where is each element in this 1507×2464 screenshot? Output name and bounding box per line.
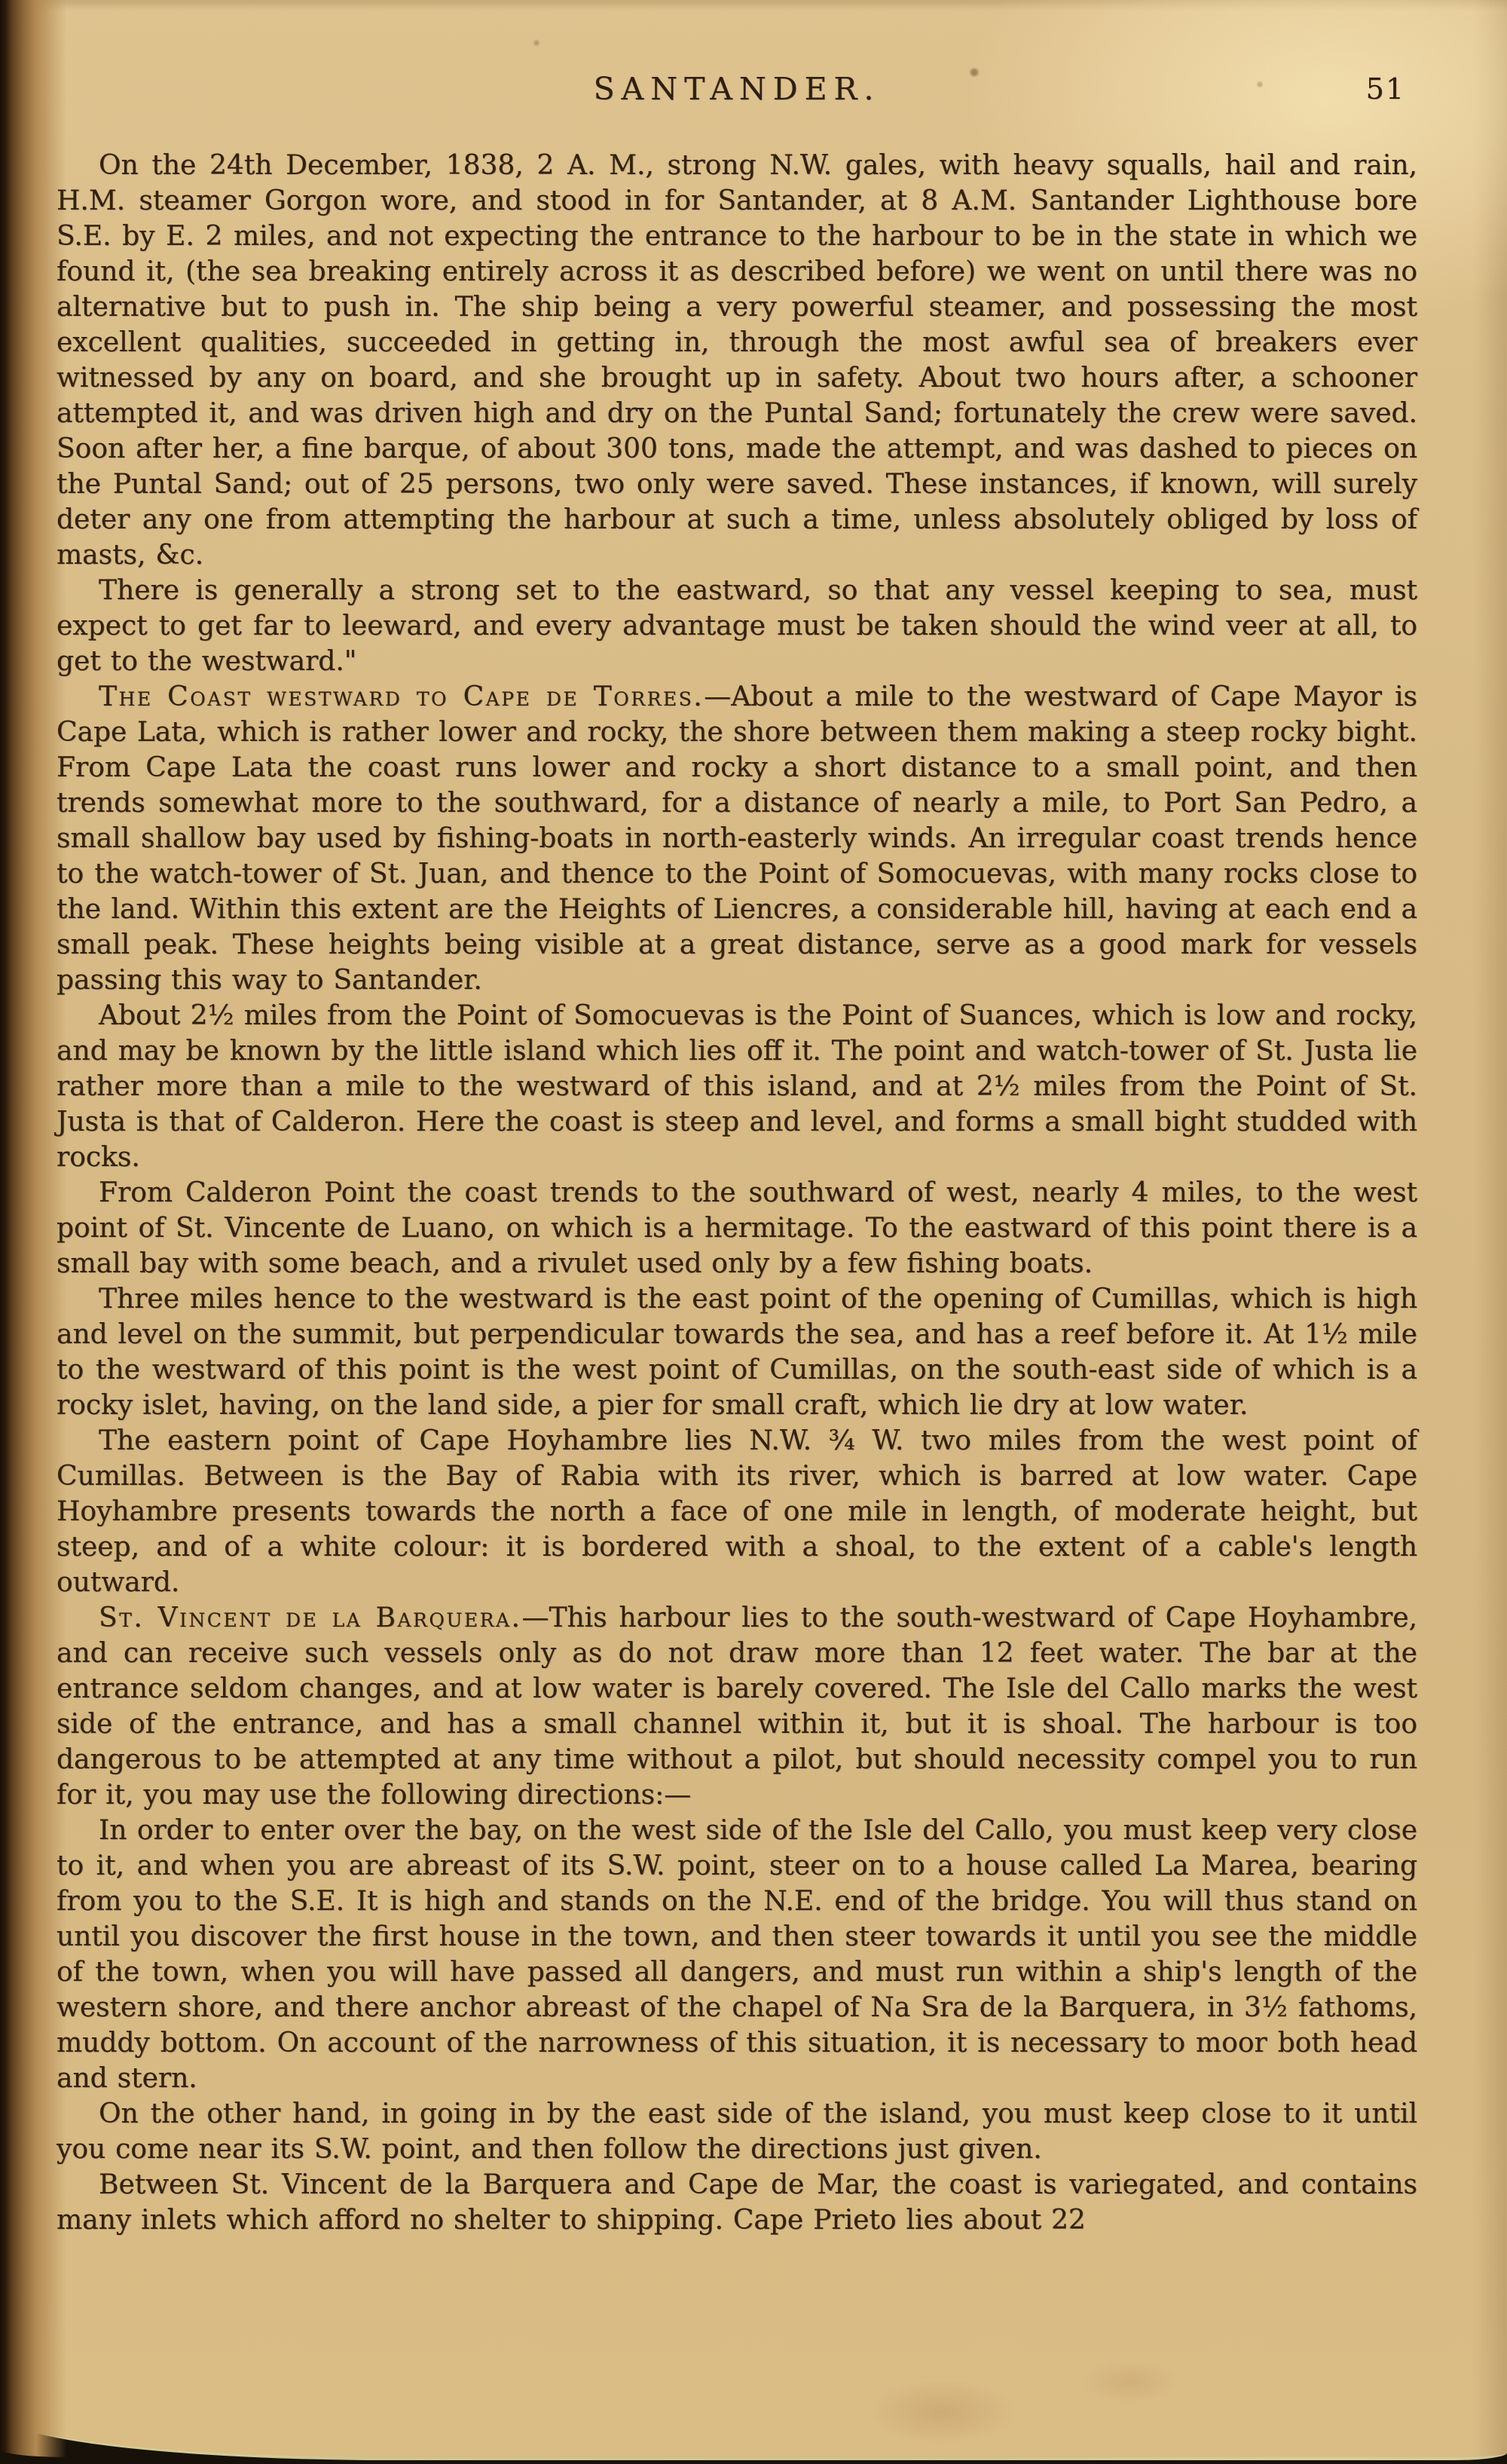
- paragraph-lead-smallcaps: The Coast westward to Cape de Torres.: [99, 681, 704, 712]
- paragraph-text: —This harbour lies to the south-westward…: [57, 1602, 1417, 1811]
- book-page: SANTANDER. 51 On the 24th December, 1838…: [0, 0, 1507, 2460]
- running-title: SANTANDER.: [594, 71, 881, 107]
- paragraph: The eastern point of Cape Hoyhambre lies…: [57, 1423, 1417, 1600]
- paragraph: On the other hand, in going in by the ea…: [57, 2096, 1417, 2167]
- paragraph-text: On the 24th December, 1838, 2 A. M., str…: [57, 150, 1417, 571]
- paragraph-text: From Calderon Point the coast trends to …: [57, 1177, 1417, 1279]
- paragraph: Three miles hence to the westward is the…: [57, 1281, 1417, 1423]
- paragraph-text: —About a mile to the westward of Cape Ma…: [57, 681, 1417, 996]
- paragraph: About 2½ miles from the Point of Somocue…: [57, 998, 1417, 1175]
- page-number: 51: [1366, 72, 1405, 106]
- page-header: SANTANDER. 51: [57, 71, 1417, 107]
- scan-background: { "page": { "header": { "title": "SANTAN…: [0, 0, 1507, 2464]
- text-block: On the 24th December, 1838, 2 A. M., str…: [57, 148, 1417, 2238]
- paragraph: Between St. Vincent de la Barquera and C…: [57, 2167, 1417, 2238]
- paragraph: On the 24th December, 1838, 2 A. M., str…: [57, 148, 1417, 573]
- paragraph: The Coast westward to Cape de Torres.—Ab…: [57, 679, 1417, 998]
- paragraph-lead-smallcaps: St. Vincent de la Barquera.: [99, 1602, 521, 1633]
- paragraph-text: In order to enter over the bay, on the w…: [57, 1815, 1417, 2094]
- paragraph-text: The eastern point of Cape Hoyhambre lies…: [57, 1425, 1417, 1598]
- paragraph-text: Between St. Vincent de la Barquera and C…: [57, 2169, 1417, 2236]
- paragraph-text: Three miles hence to the westward is the…: [57, 1284, 1417, 1421]
- paragraph: St. Vincent de la Barquera.—This harbour…: [57, 1600, 1417, 1813]
- paragraph: There is generally a strong set to the e…: [57, 573, 1417, 679]
- paragraph-text: About 2½ miles from the Point of Somocue…: [57, 1000, 1417, 1173]
- paragraph-text: On the other hand, in going in by the ea…: [57, 2098, 1417, 2165]
- paragraph: From Calderon Point the coast trends to …: [57, 1175, 1417, 1281]
- paragraph: In order to enter over the bay, on the w…: [57, 1813, 1417, 2096]
- paragraph-text: There is generally a strong set to the e…: [57, 575, 1417, 677]
